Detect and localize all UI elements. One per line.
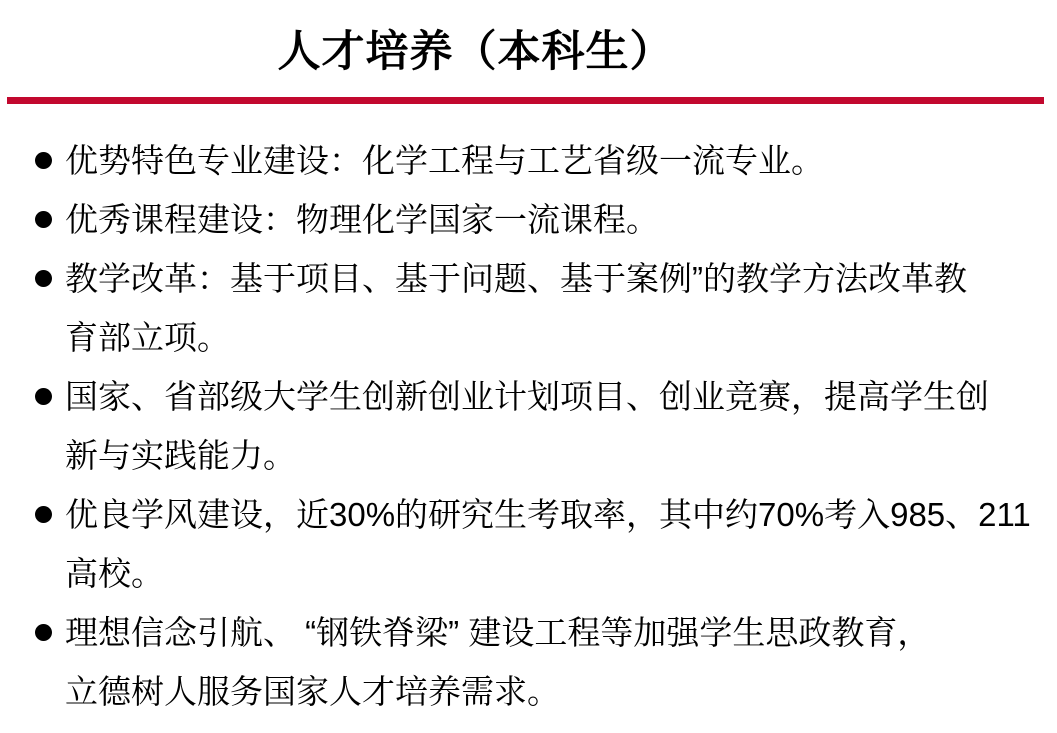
presentation-slide: 人才培养（本科生） 优势特色专业建设：化学工程与工艺省级一流专业。 优秀课程建设… — [0, 0, 1057, 733]
bullet-text: 优秀课程建设：物理化学国家一流课程。 — [65, 190, 659, 249]
bullet-text: 理想信念引航、 “钢铁脊梁” 建设工程等加强学生思政教育， 立德树人服务国家人才… — [65, 603, 930, 721]
bullet-item-advantage-majors: 优势特色专业建设：化学工程与工艺省级一流专业。 — [0, 131, 1057, 190]
bullet-item-teaching-reform: 教学改革：基于项目、基于问题、基于案例”的教学方法改革教 育部立项。 — [0, 249, 1057, 367]
bullet-line: 国家、省部级大学生创新创业计划项目、创业竞赛，提高学生创 — [65, 367, 989, 426]
bullet-item-study-style: 优良学风建设，近30%的研究生考取率，其中约70%考入985、211 高校。 — [0, 485, 1057, 603]
bullet-line: 教学改革：基于项目、基于问题、基于案例”的教学方法改革教 — [65, 249, 967, 308]
bullet-circle-icon — [35, 624, 52, 641]
bullet-circle-icon — [35, 270, 52, 287]
bullet-circle-icon — [35, 388, 52, 405]
title-divider-rule — [7, 97, 1044, 104]
bullet-text: 优势特色专业建设：化学工程与工艺省级一流专业。 — [65, 131, 824, 190]
bullet-text: 优良学风建设，近30%的研究生考取率，其中约70%考入985、211 高校。 — [65, 485, 1031, 603]
bullet-item-ideological-education: 理想信念引航、 “钢铁脊梁” 建设工程等加强学生思政教育， 立德树人服务国家人才… — [0, 603, 1057, 721]
bullet-line: 优秀课程建设：物理化学国家一流课程。 — [65, 190, 659, 249]
bullet-item-excellent-courses: 优秀课程建设：物理化学国家一流课程。 — [0, 190, 1057, 249]
bullet-line: 立德树人服务国家人才培养需求。 — [65, 662, 930, 721]
bullet-text: 教学改革：基于项目、基于问题、基于案例”的教学方法改革教 育部立项。 — [65, 249, 967, 367]
bullet-list: 优势特色专业建设：化学工程与工艺省级一流专业。 优秀课程建设：物理化学国家一流课… — [0, 131, 1057, 721]
bullet-line: 优良学风建设，近30%的研究生考取率，其中约70%考入985、211 — [65, 485, 1031, 544]
bullet-circle-icon — [35, 506, 52, 523]
bullet-circle-icon — [35, 211, 52, 228]
bullet-line: 新与实践能力。 — [65, 426, 989, 485]
bullet-line: 理想信念引航、 “钢铁脊梁” 建设工程等加强学生思政教育， — [65, 603, 930, 662]
bullet-text: 国家、省部级大学生创新创业计划项目、创业竞赛，提高学生创 新与实践能力。 — [65, 367, 989, 485]
bullet-item-innovation-projects: 国家、省部级大学生创新创业计划项目、创业竞赛，提高学生创 新与实践能力。 — [0, 367, 1057, 485]
bullet-line: 优势特色专业建设：化学工程与工艺省级一流专业。 — [65, 131, 824, 190]
bullet-line: 育部立项。 — [65, 308, 967, 367]
bullet-circle-icon — [35, 152, 52, 169]
slide-title: 人才培养（本科生） — [0, 28, 1004, 76]
bullet-line: 高校。 — [65, 544, 1031, 603]
